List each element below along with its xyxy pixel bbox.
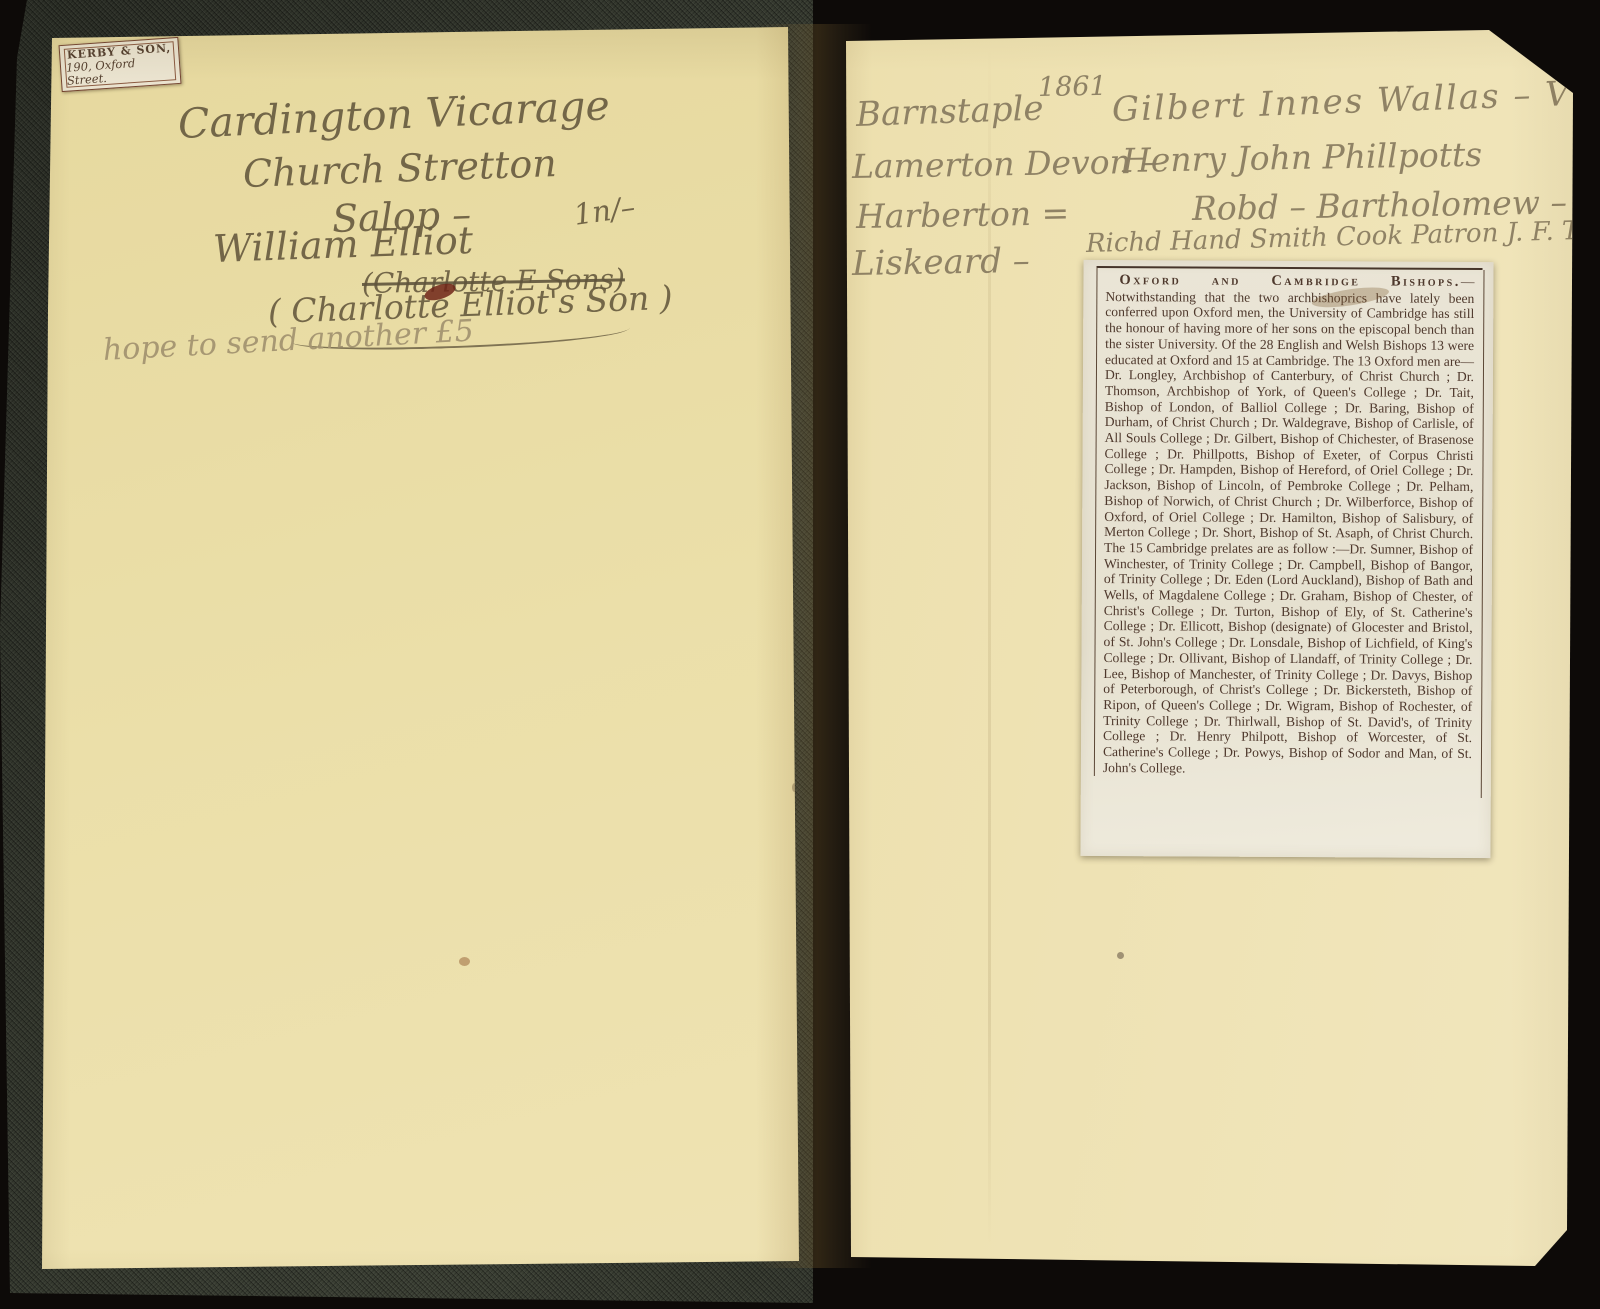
pencil-note: hope to send another £5 <box>102 314 475 368</box>
clipping-headline: Oxford and Cambridge Bishops. <box>1119 272 1460 290</box>
clipping-body-text: —Notwithstanding that the two archbishop… <box>1103 274 1475 775</box>
foxing-spot <box>1117 952 1124 959</box>
entry-name: Richd Hand Smith Cook Patron J. F. Todd … <box>1086 214 1600 259</box>
ink-stain <box>423 280 458 303</box>
bookseller-label-frame: KERBY & SON, 190, Oxford Street. <box>64 41 176 88</box>
entry-name: Henry John Phillpotts <box>1122 135 1483 180</box>
entry-name: Robd – Bartholomew – <box>1192 182 1568 228</box>
inscription-line-owner-name: William Elliot <box>212 218 474 271</box>
entry-place: Liskeard – <box>852 241 1030 284</box>
underline-flourish <box>292 326 630 353</box>
inscription-line-town: Church Stretton <box>242 141 557 196</box>
book-endpapers-photo: KERBY & SON, 190, Oxford Street. Carding… <box>0 0 1600 1309</box>
bookseller-address: 190, Oxford Street. <box>66 54 176 87</box>
page-crease <box>988 45 991 1250</box>
clipping-article: Oxford and Cambridge Bishops.—Notwithsta… <box>1094 266 1483 778</box>
inscription-year: 1861 <box>1038 71 1107 103</box>
newspaper-clipping: Oxford and Cambridge Bishops.—Notwithsta… <box>1080 260 1493 858</box>
entry-place: Barnstaple <box>855 88 1044 135</box>
price-mark: 1n/– <box>572 190 638 232</box>
inscription-line-vicarage: Cardington Vicarage <box>177 81 611 148</box>
entry-name: Gilbert Innes Wallas – Vicar <box>1111 71 1600 130</box>
inscription-line-struck-out: (Charlotte E Sons) <box>362 262 625 300</box>
inscription-line-county: Salop – <box>331 192 472 241</box>
bookseller-name: KERBY & SON, <box>67 41 172 61</box>
entry-place: Lamerton Devon – <box>852 142 1158 186</box>
bookseller-label: KERBY & SON, 190, Oxford Street. <box>59 37 182 92</box>
entry-place: Harberton = <box>856 193 1070 236</box>
foxing-spot <box>459 957 470 966</box>
inscription-line-attribution: ( Charlotte Elliot's Son ) <box>267 278 673 331</box>
